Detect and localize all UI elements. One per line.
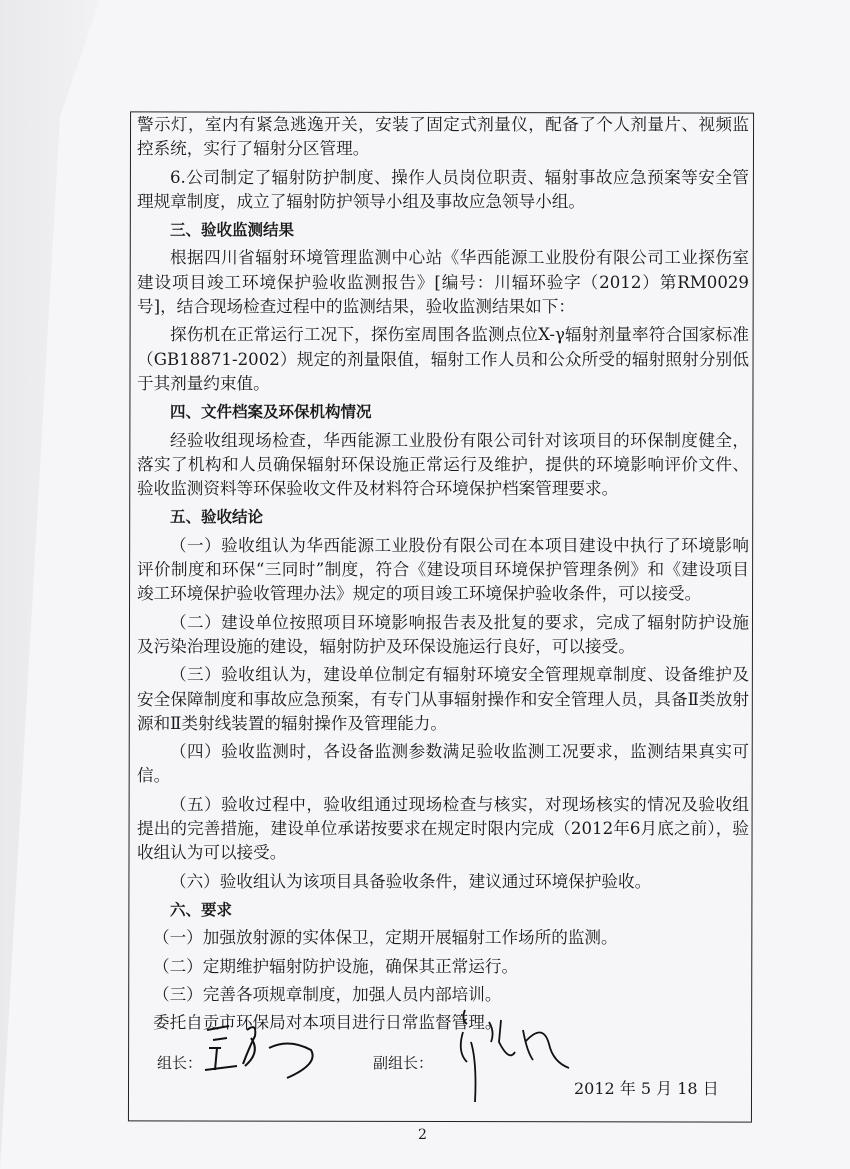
section-4-paragraph: 经验收组现场检查，华西能源工业股份有限公司针对该项目的环保制度健全，落实了机构和… (137, 429, 749, 502)
section-3-heading: 三、验收监测结果 (137, 218, 749, 242)
requirement-item: （三）完善各项规章制度，加强人员内部培训。 (137, 983, 749, 1007)
section-3-paragraph-1: 根据四川省辐射环境管理监测中心站《华西能源工业股份有限公司工业探伤室建设项目竣工… (137, 246, 749, 319)
requirement-item: （二）定期维护辐射防护设施，确保其正常运行。 (137, 955, 749, 979)
section-3-paragraph-2: 探伤机在正常运行工况下，探伤室周围各监测点位X-γ辐射剂量率符合国家标准（GB1… (137, 323, 749, 396)
conclusion-item: （三）验收组认为，建设单位制定有辐射环境安全管理规章制度、设备维护及安全保障制度… (137, 663, 749, 736)
section-4-heading: 四、文件档案及环保机构情况 (137, 400, 749, 424)
deputy-leader-signature-icon (453, 1002, 583, 1112)
continuation-paragraph: 警示灯，室内有紧急逃逸开关，安装了固定式剂量仪，配备了个人剂量片、视频监控系统，… (137, 113, 749, 162)
signature-block: 组长： 副组长： 2012 年 5 月 18 日 (157, 1040, 757, 1100)
conclusion-item: （一）验收组认为华西能源工业股份有限公司在本项目建设中执行了环境影响评价制度和环… (137, 534, 749, 607)
scan-page-edge (0, 0, 100, 1169)
conclusion-item: （四）验收监测时，各设备监测参数满足验收监测工况要求，监测结果真实可信。 (137, 740, 749, 789)
section-6-heading: 六、要求 (137, 898, 749, 922)
leader-label: 组长： (157, 1052, 202, 1073)
conclusion-item: （五）验收过程中，验收组通过现场检查与核实，对现场核实的情况及验收组提出的完善措… (137, 793, 749, 866)
page-number: 2 (418, 1127, 427, 1143)
leader-signature-icon (199, 1018, 339, 1083)
requirement-item: （一）加强放射源的实体保卫，定期开展辐射工作场所的监测。 (137, 926, 749, 950)
section-5-heading: 五、验收结论 (137, 505, 749, 529)
conclusion-item: （六）验收组认为该项目具备验收条件，建议通过环境保护验收。 (137, 870, 749, 894)
deputy-leader-label: 副组长： (373, 1052, 433, 1073)
signature-date: 2012 年 5 月 18 日 (574, 1076, 719, 1099)
conclusion-item: （二）建设单位按照项目环境影响报告表及批复的要求，完成了辐射防护设施及污染治理设… (137, 611, 749, 660)
document-body: 警示灯，室内有紧急逃逸开关，安装了固定式剂量仪，配备了个人剂量片、视频监控系统，… (137, 113, 749, 1035)
item-6-paragraph: 6.公司制定了辐射防护制度、操作人员岗位职责、辐射事故应急预案等安全管理规章制度… (137, 166, 749, 215)
